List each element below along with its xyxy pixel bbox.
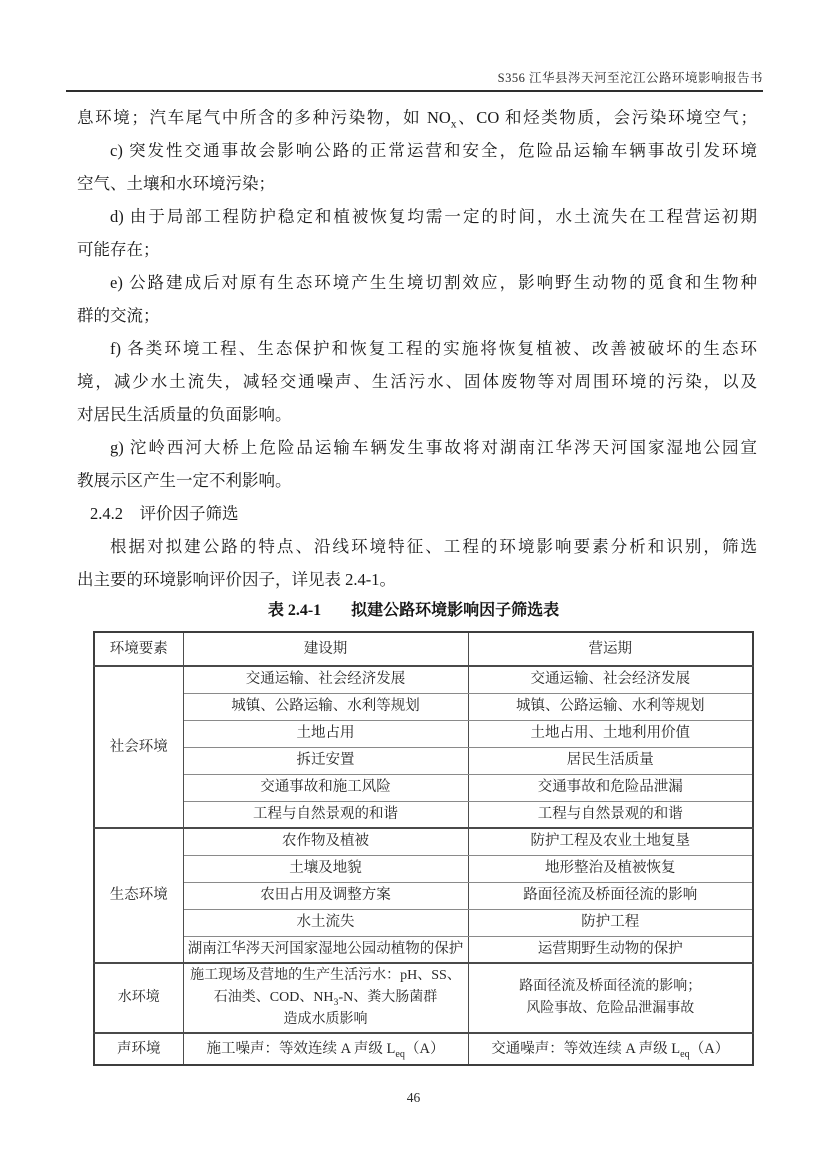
paragraph-line: f) 各类环境工程、生态保护和恢复工程的实施将恢复植被、改善被破坏的生态环 [77, 332, 757, 365]
table-row: 土壤及地貌 地形整治及植被恢复 [94, 855, 753, 882]
paragraph-line: 群的交流； [77, 299, 757, 332]
cell-operation: 路面径流及桥面径流的影响 [468, 882, 753, 909]
cell-construction: 工程与自然景观的和谐 [183, 801, 468, 828]
table-row: 声环境 施工噪声：等效连续 A 声级 Leq（A） 交通噪声：等效连续 A 声级… [94, 1033, 753, 1065]
table-row: 生态环境 农作物及植被 防护工程及农业土地复垦 [94, 828, 753, 855]
page-number: 46 [0, 1090, 827, 1106]
cell-operation: 交通事故和危险品泄漏 [468, 774, 753, 801]
paragraph-line: d) 由于局部工程防护稳定和植被恢复均需一定的时间，水土流失在工程营运初期 [77, 200, 757, 233]
page-header: S356 江华县涔天河至沱江公路环境影响报告书 [66, 68, 763, 92]
paragraph-line: 教展示区产生一定不利影响。 [77, 464, 757, 497]
paragraph-line: 空气、土壤和水环境污染； [77, 167, 757, 200]
cell-operation: 交通噪声：等效连续 A 声级 Leq（A） [468, 1033, 753, 1065]
section-heading: 2.4.2 评价因子筛选 [90, 497, 757, 530]
cell-operation: 居民生活质量 [468, 747, 753, 774]
table-row: 交通事故和施工风险 交通事故和危险品泄漏 [94, 774, 753, 801]
paragraph-line: g) 沱岭西河大桥上危险品运输车辆发生事故将对湖南江华涔天河国家湿地公园宣 [77, 431, 757, 464]
table-row: 湖南江华涔天河国家湿地公园动植物的保护 运营期野生动物的保护 [94, 936, 753, 963]
table-row: 土地占用 土地占用、土地利用价值 [94, 720, 753, 747]
factor-cell-social: 社会环境 [94, 666, 183, 828]
cell-construction: 水土流失 [183, 909, 468, 936]
cell-construction: 施工噪声：等效连续 A 声级 Leq（A） [183, 1033, 468, 1065]
table-row: 社会环境 交通运输、社会经济发展 交通运输、社会经济发展 [94, 666, 753, 693]
table-row: 拆迁安置 居民生活质量 [94, 747, 753, 774]
cell-construction: 拆迁安置 [183, 747, 468, 774]
cell-operation: 土地占用、土地利用价值 [468, 720, 753, 747]
table-row: 水土流失 防护工程 [94, 909, 753, 936]
cell-operation: 运营期野生动物的保护 [468, 936, 753, 963]
col-header-env-factor: 环境要素 [94, 632, 183, 666]
body-text: 息环境；汽车尾气中所含的多种污染物，如 NOx、CO 和烃类物质，会污染环境空气… [77, 101, 757, 596]
table-row: 城镇、公路运输、水利等规划 城镇、公路运输、水利等规划 [94, 693, 753, 720]
paragraph-line: 根据对拟建公路的特点、沿线环境特征、工程的环境影响要素分析和识别，筛选 [77, 530, 757, 563]
paragraph-line: c) 突发性交通事故会影响公路的正常运营和安全，危险品运输车辆事故引发环境 [77, 134, 757, 167]
factor-cell-noise: 声环境 [94, 1033, 183, 1065]
cell-construction: 土地占用 [183, 720, 468, 747]
cell-operation: 防护工程 [468, 909, 753, 936]
cell-operation: 工程与自然景观的和谐 [468, 801, 753, 828]
table-row: 农田占用及调整方案 路面径流及桥面径流的影响 [94, 882, 753, 909]
cell-operation: 交通运输、社会经济发展 [468, 666, 753, 693]
document-page: S356 江华县涔天河至沱江公路环境影响报告书 息环境；汽车尾气中所含的多种污染… [0, 0, 827, 1169]
cell-construction: 土壤及地貌 [183, 855, 468, 882]
paragraph-line: 息环境；汽车尾气中所含的多种污染物，如 NOx、CO 和烃类物质，会污染环境空气… [77, 101, 757, 134]
table-header-row: 环境要素 建设期 营运期 [94, 632, 753, 666]
paragraph-line: 出主要的环境影响评价因子，详见表 2.4-1。 [77, 563, 757, 596]
cell-operation: 防护工程及农业土地复垦 [468, 828, 753, 855]
col-header-construction-period: 建设期 [183, 632, 468, 666]
cell-construction: 城镇、公路运输、水利等规划 [183, 693, 468, 720]
table-caption-label: 表 2.4-1 [268, 602, 321, 619]
table-caption: 表 2.4-1拟建公路环境影响因子筛选表 [0, 597, 827, 620]
cell-operation: 地形整治及植被恢复 [468, 855, 753, 882]
cell-construction: 农作物及植被 [183, 828, 468, 855]
paragraph-line: e) 公路建成后对原有生态环境产生生境切割效应，影响野生动物的觅食和生物种 [77, 266, 757, 299]
cell-operation: 城镇、公路运输、水利等规划 [468, 693, 753, 720]
cell-construction: 交通运输、社会经济发展 [183, 666, 468, 693]
header-title: S356 江华县涔天河至沱江公路环境影响报告书 [498, 71, 763, 85]
paragraph-line: 可能存在； [77, 233, 757, 266]
cell-construction: 交通事故和施工风险 [183, 774, 468, 801]
cell-construction: 施工现场及营地的生产生活污水：pH、SS、石油类、COD、NH3-N、粪大肠菌群… [183, 963, 468, 1033]
table-row: 工程与自然景观的和谐 工程与自然景观的和谐 [94, 801, 753, 828]
factor-cell-water: 水环境 [94, 963, 183, 1033]
impact-factor-table: 环境要素 建设期 营运期 社会环境 交通运输、社会经济发展 交通运输、社会经济发… [93, 631, 754, 1066]
col-header-operation-period: 营运期 [468, 632, 753, 666]
impact-table-wrapper: 环境要素 建设期 营运期 社会环境 交通运输、社会经济发展 交通运输、社会经济发… [93, 631, 754, 1066]
cell-operation: 路面径流及桥面径流的影响；风险事故、危险品泄漏事故 [468, 963, 753, 1033]
cell-construction: 农田占用及调整方案 [183, 882, 468, 909]
table-caption-text: 拟建公路环境影响因子筛选表 [351, 602, 559, 619]
factor-cell-ecology: 生态环境 [94, 828, 183, 963]
paragraph-line: 对居民生活质量的负面影响。 [77, 398, 757, 431]
paragraph-line: 境，减少水土流失，减轻交通噪声、生活污水、固体废物等对周围环境的污染，以及 [77, 365, 757, 398]
cell-construction: 湖南江华涔天河国家湿地公园动植物的保护 [183, 936, 468, 963]
table-row: 水环境 施工现场及营地的生产生活污水：pH、SS、石油类、COD、NH3-N、粪… [94, 963, 753, 1033]
